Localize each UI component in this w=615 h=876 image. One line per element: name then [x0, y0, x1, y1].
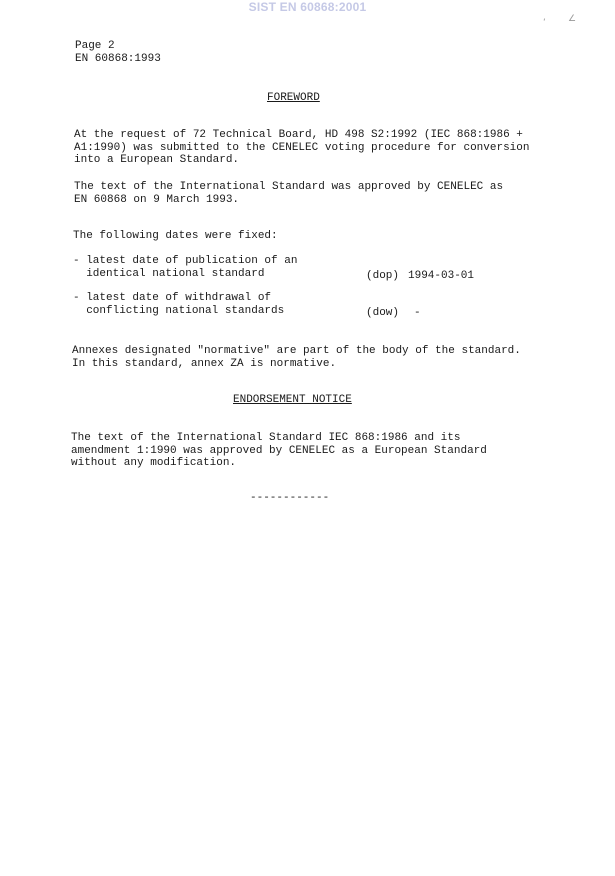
foreword-paragraph-2: The text of the International Standard w… [74, 181, 503, 206]
date-item-dop-value: 1994-03-01 [408, 270, 474, 282]
watermark: SIST EN 60868:2001 [0, 0, 615, 14]
annex-note: Annexes designated "normative" are part … [72, 345, 521, 370]
foreword-title: FOREWORD [267, 92, 320, 105]
date-item-dop-code: (dop) [366, 270, 399, 282]
date-item-dow-label: - latest date of withdrawal of conflicti… [73, 292, 284, 317]
document-id: EN 60868:1993 [75, 53, 161, 65]
endorsement-text: The text of the International Standard I… [71, 432, 487, 470]
endorsement-title: ENDORSEMENT NOTICE [233, 394, 352, 407]
date-item-dow-code: (dow) [366, 307, 399, 319]
page-header: Page 2 EN 60868:1993 [75, 40, 161, 65]
scan-mark: ∠ [568, 14, 576, 24]
foreword-paragraph-1: At the request of 72 Technical Board, HD… [74, 129, 529, 167]
date-item-dow-value: - [414, 307, 421, 319]
scan-speck: ʻ [543, 18, 546, 28]
date-item-dop-label: - latest date of publication of an ident… [73, 255, 297, 280]
page-number: Page 2 [75, 40, 115, 52]
dates-intro: The following dates were fixed: [73, 230, 278, 243]
end-rule: ------------ [250, 492, 329, 505]
